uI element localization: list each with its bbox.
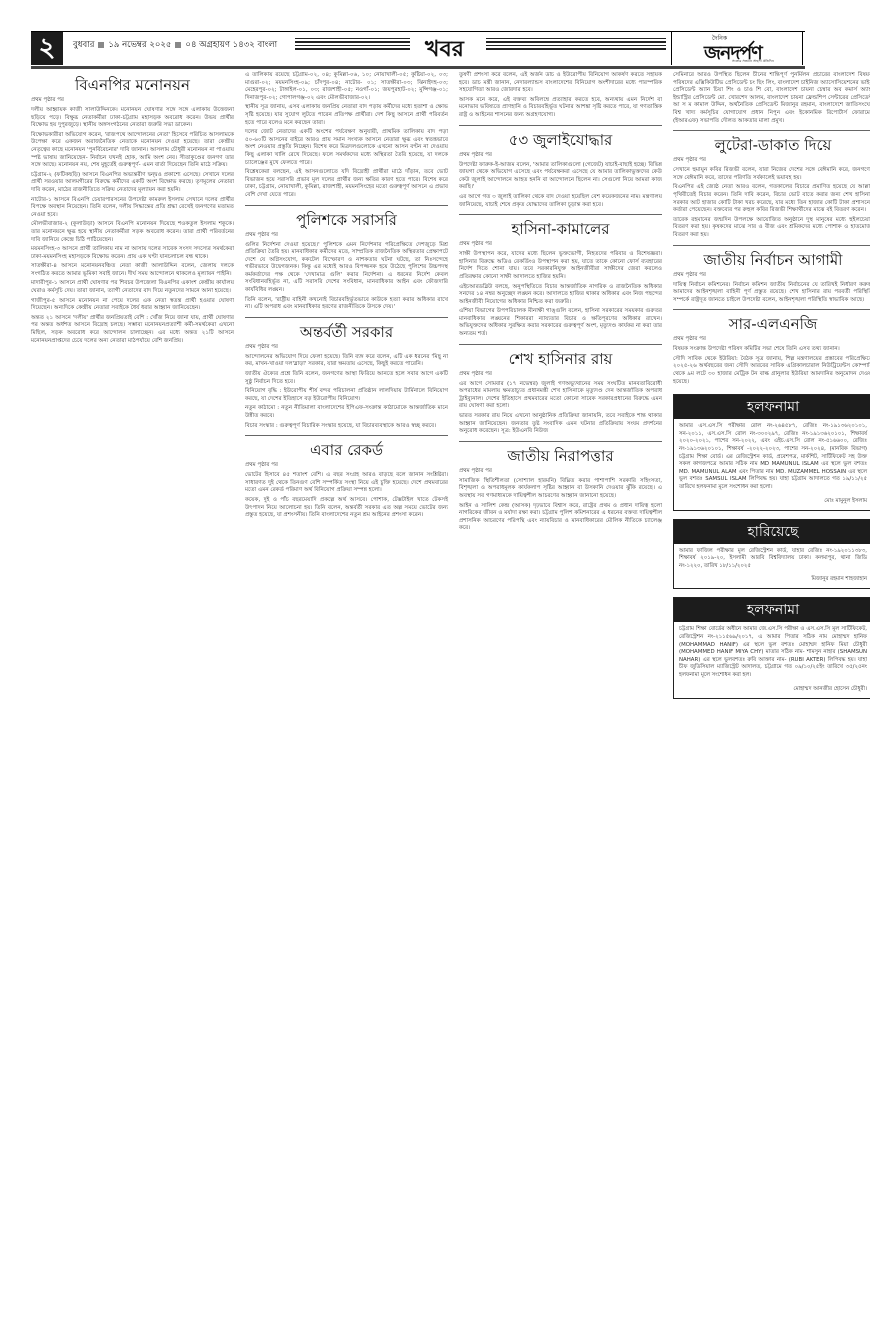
page-number: ২ [31,32,63,65]
divider [673,309,870,310]
article-police-direct: পুলিশকে সরাসরি প্রথম পৃষ্ঠার পর গুলির নি… [245,211,448,312]
paragraph: এর আগে সোমবার (১৭ নভেম্বর) জুলাই গণঅভ্যু… [459,381,662,411]
article-national-election: জাতীয় নির্বাচন আগামী প্রথম পৃষ্ঠার পর দ… [673,251,870,305]
article-53-july-fighters: ৫৩ জুলাইযোদ্ধার প্রথম পৃষ্ঠার পর উপদেষ্ট… [459,131,662,210]
article-hasina-kamal: হাসিনা-কামালের প্রথম পৃষ্ঠার পর সাক্ষী উ… [459,220,662,339]
paragraph: কয়েক, দুই ও পাঁচ বছরমেয়াদি প্রকল্পে অর… [245,497,448,520]
paragraph: বিশ্লেষকেরা বলছেন, এই আসনগুলোতে যদি বিদ্… [245,169,448,199]
square-separator-icon [175,42,181,48]
notice-body: চট্টগ্রাম শিক্ষা বোর্ডের অধীনে আমার জে.এ… [674,622,870,683]
paragraph: আসক মনে করে, এই বক্তব্য অবিলম্বে প্রত্যা… [459,97,662,120]
headline: হাসিনা-কামালের [459,220,662,238]
paragraph: এ তালিকায় রয়েছে চট্টগ্রাম-০২, ০৪; কুমি… [245,72,448,102]
headline: অন্তর্বর্তী সরকার [245,323,448,341]
section-title: খবর [425,32,464,69]
headline: লুটেরা-ডাকাত দিয়ে [673,136,870,154]
paragraph: দায়িত্ব নির্বাচন কমিশনের। নির্বাচন কমিশ… [673,282,870,305]
article-continuation: সেমিনারে আরও উপস্থিত ছিলেন চীনের শান্তিপ… [673,72,870,125]
paragraph: গাজীপুর-৫ আসনে মনোনয়ন না পেয়ে দলের এক … [31,298,234,313]
header-divider [31,66,805,69]
paragraph: উপদেষ্টা ফারুক-ই-আজম বলেন, 'আমার তালিকাগ… [459,162,662,192]
paragraph: অন্তত ২১ আসনে 'দলীয়' প্রার্থীর জনপ্রিয়… [31,315,234,345]
headline: পুলিশকে সরাসরি [245,211,448,229]
continuation-label: প্রথম পৃষ্ঠার পর [673,336,870,344]
article-looters-robbers: লুটেরা-ডাকাত দিয়ে প্রথম পৃষ্ঠার পর সেখা… [673,136,870,239]
paragraph: বিএনপির এই জ্যেষ্ঠ নেতা আরও বলেন, গতকালে… [673,184,870,214]
square-separator-icon [98,42,104,48]
notice-body: আমার এস.এস.সি পরীক্ষার রোল নং-২৬৪৫৮৭, রে… [674,419,870,495]
divider [245,205,448,206]
article-national-security: জাতীয় নিরাপত্তার প্রথম পৃষ্ঠার পর সামাজ… [459,447,662,533]
paragraph: মাদারীপুর-১ আসনে প্রার্থী ঘোষণার পর শিবচ… [31,280,234,295]
paragraph: সাতক্ষীরা-৪ আসনে মনোনয়নবঞ্চিত নেতা কাজী… [31,263,234,278]
brand-tagline: সত্যের সন্ধানে সাহসী প্রতিদিন [732,59,774,65]
paragraph: স্থানীয় সূত্র জানায়, এসব এলাকায় জনপ্র… [245,104,448,127]
paragraph: ভারত সরকার রায় নিয়ে এখনো আনুষ্ঠানিক প্… [459,413,662,436]
headline: ৫৩ জুলাইযোদ্ধার [459,131,662,149]
notice-lost: হারিয়েছে আমার ফাজিল পরীক্ষার মূল রেজিস্… [673,519,870,590]
notice-affidavit-1: হলফনামা আমার এস.এস.সি পরীক্ষার রোল নং-২৬… [673,394,870,510]
headline: শেখ হাসিনার রায় [459,350,662,368]
continuation-label: প্রথম পৃষ্ঠার পর [673,272,870,280]
article-continuation: এ তালিকায় রয়েছে চট্টগ্রাম-০২, ০৪; কুমি… [245,72,448,200]
continuation-label: প্রথম পৃষ্ঠার পর [459,371,662,379]
continuation-label: প্রথম পৃষ্ঠার পর [245,232,448,240]
paragraph: মৌলভীবাজার-২ (কুলাউড়া) আসনে বিএনপি মনোন… [31,221,234,244]
paragraph: তারেক রহমানের জন্মদিন উপলক্ষে আয়োজিত অন… [673,217,870,240]
day-label: বুধবার [73,40,94,50]
paragraph: জাতীয় ঐক্যের প্রশ্নে তিনি বলেন, জনগণের … [245,371,448,386]
divider [459,125,662,126]
notice-signature: মিজানুর রহমান শাহজাহান [674,574,870,588]
continuation-label: প্রথম পৃষ্ঠার পর [31,97,234,105]
date-bangla: ০৪ অগ্রহায়ণ ১৪৩২ বাংলা [185,40,277,50]
paragraph: বিনিয়োগ বৃদ্ধি : ইউরোপীয় শীর্ষ বন্দর প… [245,388,448,403]
article-hasina-verdict: শেখ হাসিনার রায় প্রথম পৃষ্ঠার পর এর আগে… [459,350,662,436]
divider [245,317,448,318]
article-bnp-nomination: বিএনপির মনোনয়ন প্রথম পৃষ্ঠার পর দলীয় আ… [31,76,234,345]
continuation-label: প্রথম পৃষ্ঠার পর [245,462,448,470]
divider [459,214,662,215]
paragraph: দলের জোট নেতাদের একটি অংশের পর্যবেক্ষণ অ… [245,129,448,167]
paragraph: চট্টগ্রাম-২ (ফটিকছড়ি) আসনে বিএনপির অভ্য… [31,172,234,195]
divider [673,245,870,246]
paragraph: তিনি বলেন, 'রাষ্ট্রীয় বাহিনী কখনোই বিচা… [245,297,448,312]
continuation-label: প্রথম পৃষ্ঠার পর [673,157,870,165]
continuation-label: প্রথম পৃষ্ঠার পর [459,152,662,160]
headline: জাতীয় নিরাপত্তার [459,447,662,465]
divider [459,344,662,345]
paragraph: এর আগে গত ৩ জুলাই তালিকা থেকে বাদ দেওয়া… [459,194,662,209]
date-english: ১৯ নভেম্বর ২০২৫ [108,40,171,50]
paragraph: সামাজিক স্থিতিশীলতা (সোশ্যাল হারমনি) বিঘ… [459,478,662,501]
paragraph: বিচার সংস্কার : গুরুত্বপূর্ণ বিচারিক সংস… [245,423,448,431]
paragraph: দলীয় আহ্বায়ক কাজী সালাউদ্দিনকে। মনোনয়… [31,107,234,130]
paragraph: আন্দোলনের অভিযোগ দিয়ে ফেলা হয়েছে। তিনি… [245,354,448,369]
paragraph: আইন ও সালিশ কেন্দ্র (আসক) দৃঢ়ভাবে বিশ্ব… [459,503,662,533]
headline: জাতীয় নির্বাচন আগামী [673,251,870,269]
article-fertilizer-lng: সার-এলএনজি প্রথম পৃষ্ঠার পর বিষয়ক সংক্র… [673,315,870,386]
paragraph: বিক্ষোভকারীরা অভিযোগ করেন, 'রাজপথে আন্দো… [31,132,234,170]
continuation-label: প্রথম পৃষ্ঠার পর [459,241,662,249]
continuation-label: প্রথম পৃষ্ঠার পর [245,344,448,352]
paragraph: নতুন কাঠামো : নতুন নীতিমালা বাংলাদেশের ই… [245,405,448,420]
notice-affidavit-2: হলফনামা চট্টগ্রাম শিক্ষা বোর্ডের অধীনে আ… [673,597,870,698]
article-interim-government: অন্তর্বর্তী সরকার প্রথম পৃষ্ঠার পর আন্দো… [245,323,448,430]
continuation-label: প্রথম পৃষ্ঠার পর [459,468,662,476]
notice-title: হারিয়েছে [674,520,870,544]
decorative-rules-right [486,38,666,52]
divider [673,130,870,131]
notice-signature: মোঃ মামুনুল ইসলাম [674,496,870,510]
divider [245,435,448,436]
column-3: তুষণী প্রশংসা করে বলেন, এই অর্জন ডাচ ও ই… [459,72,662,535]
paragraph: সৌদি সাবিক থেকে ইউরিয়া: বৈঠক সূত্র জানা… [673,356,870,386]
column-4: সেমিনারে আরও উপস্থিত ছিলেন চীনের শান্তিপ… [673,72,870,707]
newspaper-logo: দৈনিক জনদর্পণ সত্যের সন্ধানে সাহসী প্রতি… [671,31,803,65]
article-record: এবার রেকর্ড প্রথম পৃষ্ঠার পর ভোটের হিসাব… [245,441,448,520]
paragraph: এশিয়া বিভাগের উপপরিচালক মীনাক্ষী গাঙ্গু… [459,308,662,338]
headline: বিএনপির মনোনয়ন [31,76,234,94]
dateline: বুধবার১৯ নভেম্বর ২০২৫০৪ অগ্রহায়ণ ১৪৩২ ব… [73,38,277,52]
notice-signature: মোহাম্মদ আনজীর হোসেন চৌধুরী। [674,684,870,698]
notice-title: হলফনামা [674,598,870,622]
paragraph: ভোটের হিসাবে ৪৫ শতাংশ বেশি। এ বছর সংগ্রহ… [245,472,448,495]
divider [459,441,662,442]
paragraph: বিষয়ক সংক্রান্ত উপদেষ্টা পরিষদ কমিটির স… [673,346,870,354]
paragraph: সেমিনারে আরও উপস্থিত ছিলেন চীনের শান্তিপ… [673,72,870,125]
paragraph: এইচআরডব্লিউ বলছে, অনুপস্থিতিতে বিচার আন্… [459,284,662,307]
paragraph: সেখানে হুমায়ুন কবির রিজভী বলেন, যারা নি… [673,167,870,182]
paragraph: তুষণী প্রশংসা করে বলেন, এই অর্জন ডাচ ও ই… [459,72,662,95]
paragraph: গুলির নির্দেশনা দেওয়া হয়েছে।' পুলিশকে … [245,242,448,295]
article-continuation: তুষণী প্রশংসা করে বলেন, এই অর্জন ডাচ ও ই… [459,72,662,120]
headline: এবার রেকর্ড [245,441,448,459]
decorative-rules-left [295,38,410,52]
column-1: বিএনপির মনোনয়ন প্রথম পৃষ্ঠার পর দলীয় আ… [31,72,234,347]
column-2: এ তালিকায় রয়েছে চট্টগ্রাম-০২, ০৪; কুমি… [245,72,448,522]
paragraph: সাক্ষী উপস্থাপন করে, যাদের মধ্যে ছিলেন ভ… [459,251,662,281]
masthead: ২ বুধবার১৯ নভেম্বর ২০২৫০৪ অগ্রহায়ণ ১৪৩২… [31,31,805,65]
headline: সার-এলএনজি [673,315,870,333]
notice-title: হলফনামা [674,395,870,419]
notice-body: আমার ফাজিল পরীক্ষার মূল রেজিস্ট্রেশন কার… [674,544,870,575]
paragraph: নাটোর-১ আসনে বিএনপি চেয়ারপারসনের উপদেষ্… [31,197,234,220]
paragraph: ময়মনসিংহ-৩ আসনে প্রার্থী তালিকায় নাম ন… [31,246,234,261]
